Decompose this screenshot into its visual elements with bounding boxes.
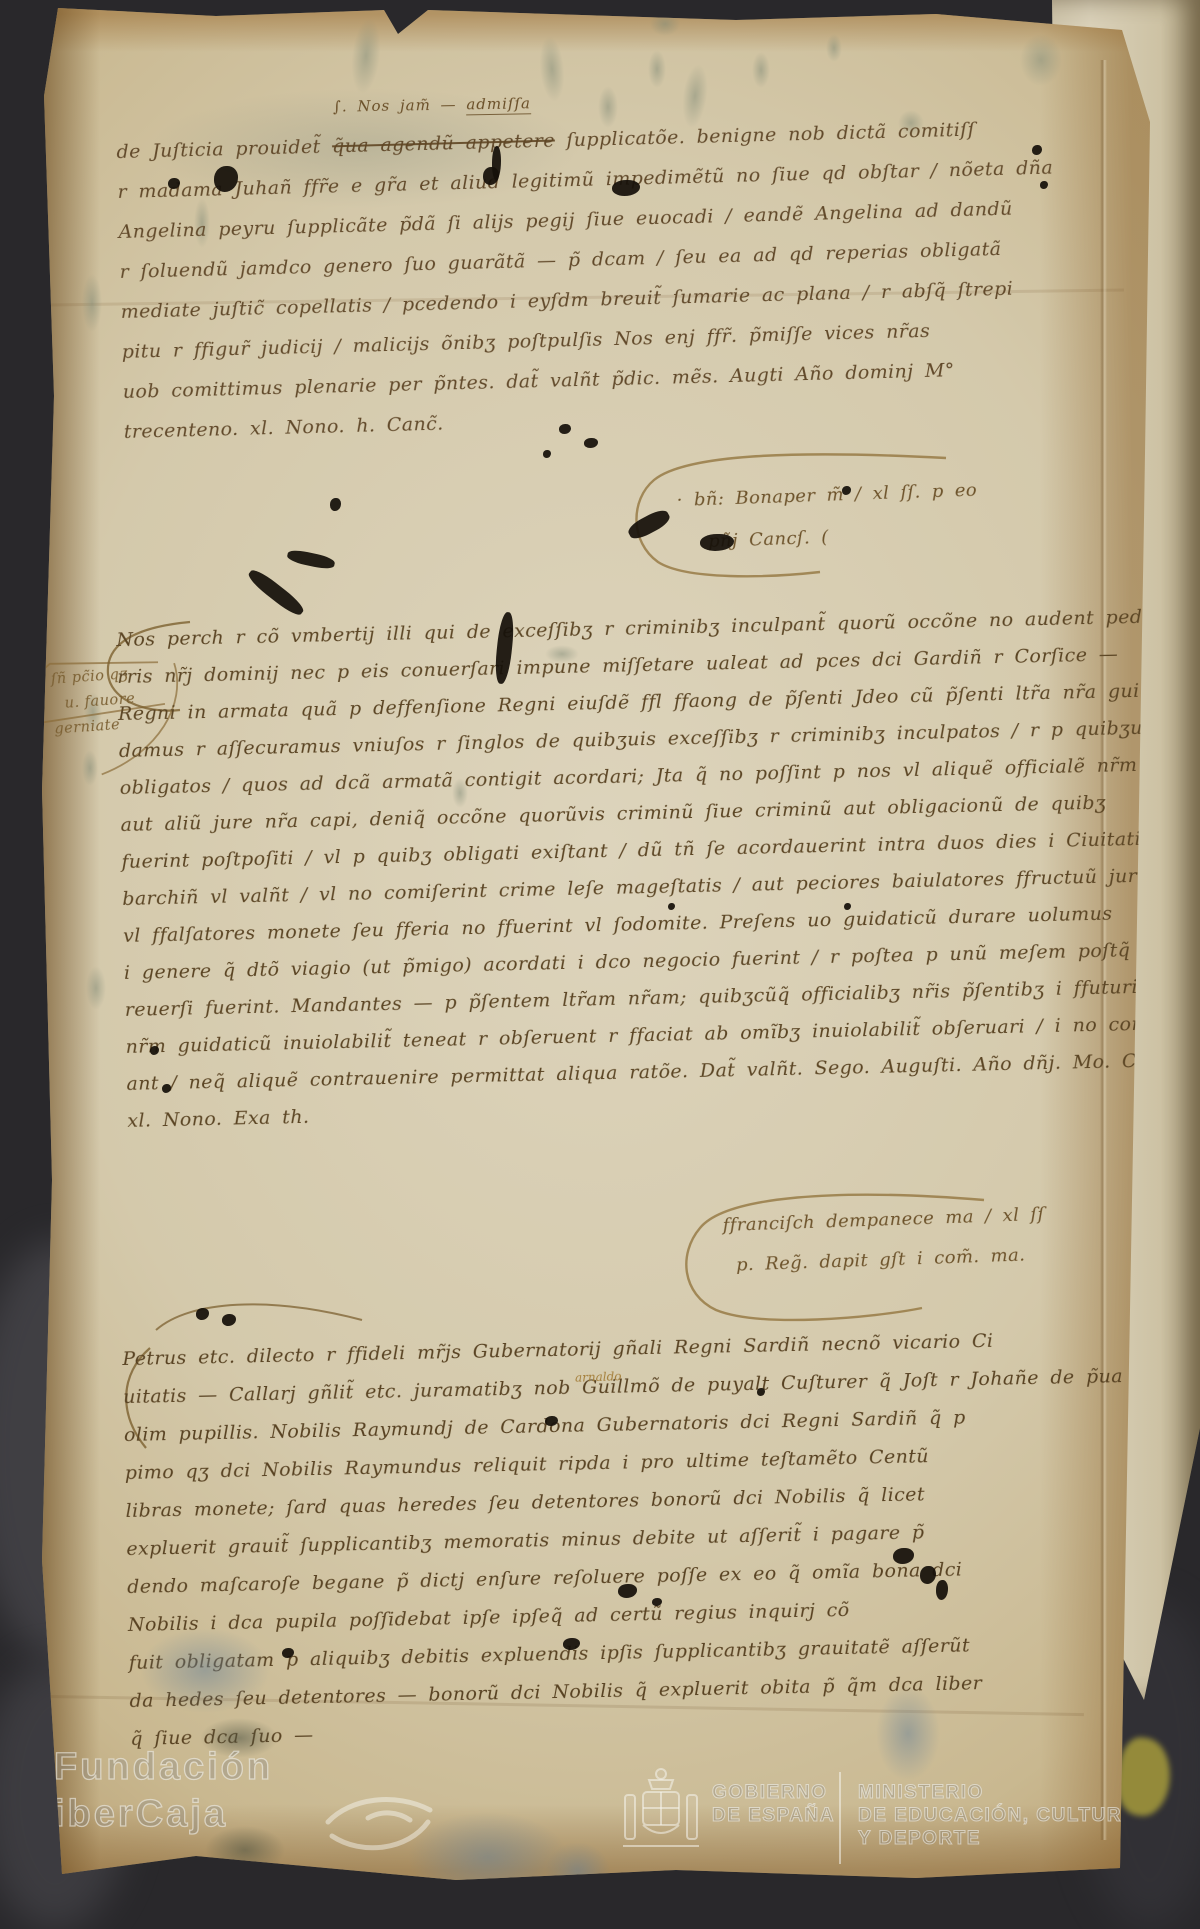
ink-blot (1040, 181, 1048, 189)
heading-underlined-word: admiſſa (466, 94, 531, 115)
interlinear-note: arnaldo (575, 1369, 622, 1385)
paragraph-block-2: Nos perch r cõ vmbertij illi qui de exce… (116, 603, 968, 1140)
ink-blot (584, 438, 598, 448)
stain-mark (537, 35, 567, 103)
ink-blot (245, 566, 306, 618)
ink-blot (330, 498, 341, 511)
watermark-gobierno-line2: DE ESPAÑA (712, 1804, 835, 1827)
watermark-divider (839, 1772, 841, 1864)
watermark-ministerio-line2: DE EDUCACIÓN, CULTURA (858, 1804, 1137, 1827)
watermark-fundacion-line2: iberCaja (54, 1791, 273, 1838)
chancery-signature-2: ffranciſch dempanece ma / xl ſſ p. Reg̃.… (722, 1195, 1047, 1286)
stain-mark (348, 17, 384, 96)
stain-mark (752, 52, 770, 88)
paragraph-block-1: de Juſticia prouidet̃ q̃ua agendũ appete… (116, 110, 964, 452)
stain-mark (648, 50, 666, 88)
struck-through-segment: q̃ua agendũ appetere (332, 130, 555, 158)
stain-mark (650, 12, 680, 36)
manuscript-page: ∫. Nos jam̃ — admiſſa de Juſticia prouid… (0, 0, 1200, 1929)
ink-blot (1032, 145, 1042, 155)
watermark-gobierno: GOBIERNO DE ESPAÑA (712, 1781, 835, 1827)
pencil-mark (876, 1686, 940, 1781)
ink-blot (543, 450, 551, 458)
pencil-mark (545, 1842, 610, 1900)
heading-line: ∫. Nos jam̃ — admiſſa (333, 94, 531, 115)
line-segment: de Juſticia prouidet̃ (116, 136, 321, 163)
stain-mark (826, 34, 842, 62)
ink-blot (196, 1308, 209, 1320)
heading-text: ∫. Nos jam̃ — (333, 96, 457, 116)
watermark-ministerio-line3: Y DEPORTE (858, 1827, 1137, 1850)
watermark-fundacion: Fundación iberCaja (54, 1744, 273, 1838)
ink-blot (626, 507, 673, 543)
watermark-ministerio-line1: MINISTERIO (858, 1781, 1137, 1804)
ibercaja-logo-icon (322, 1788, 440, 1862)
stain-mark (86, 966, 106, 1010)
stain-mark (82, 274, 102, 332)
ink-blot (286, 548, 336, 571)
watermark-fundacion-line1: Fundación (54, 1744, 273, 1791)
watermark-gobierno-line1: GOBIERNO (712, 1781, 835, 1804)
pencil-mark (140, 1628, 270, 1713)
watermark-ministerio: MINISTERIO DE EDUCACIÓN, CULTURA Y DEPOR… (858, 1781, 1137, 1850)
line-segment: ſupplicatõe. benigne nob dictã comitiſſ (566, 119, 975, 152)
signature-line: pñj Cancſ. ( (707, 511, 979, 562)
spain-coat-of-arms-icon (620, 1764, 702, 1858)
ink-blot (222, 1314, 236, 1326)
stain-mark (1020, 34, 1062, 86)
